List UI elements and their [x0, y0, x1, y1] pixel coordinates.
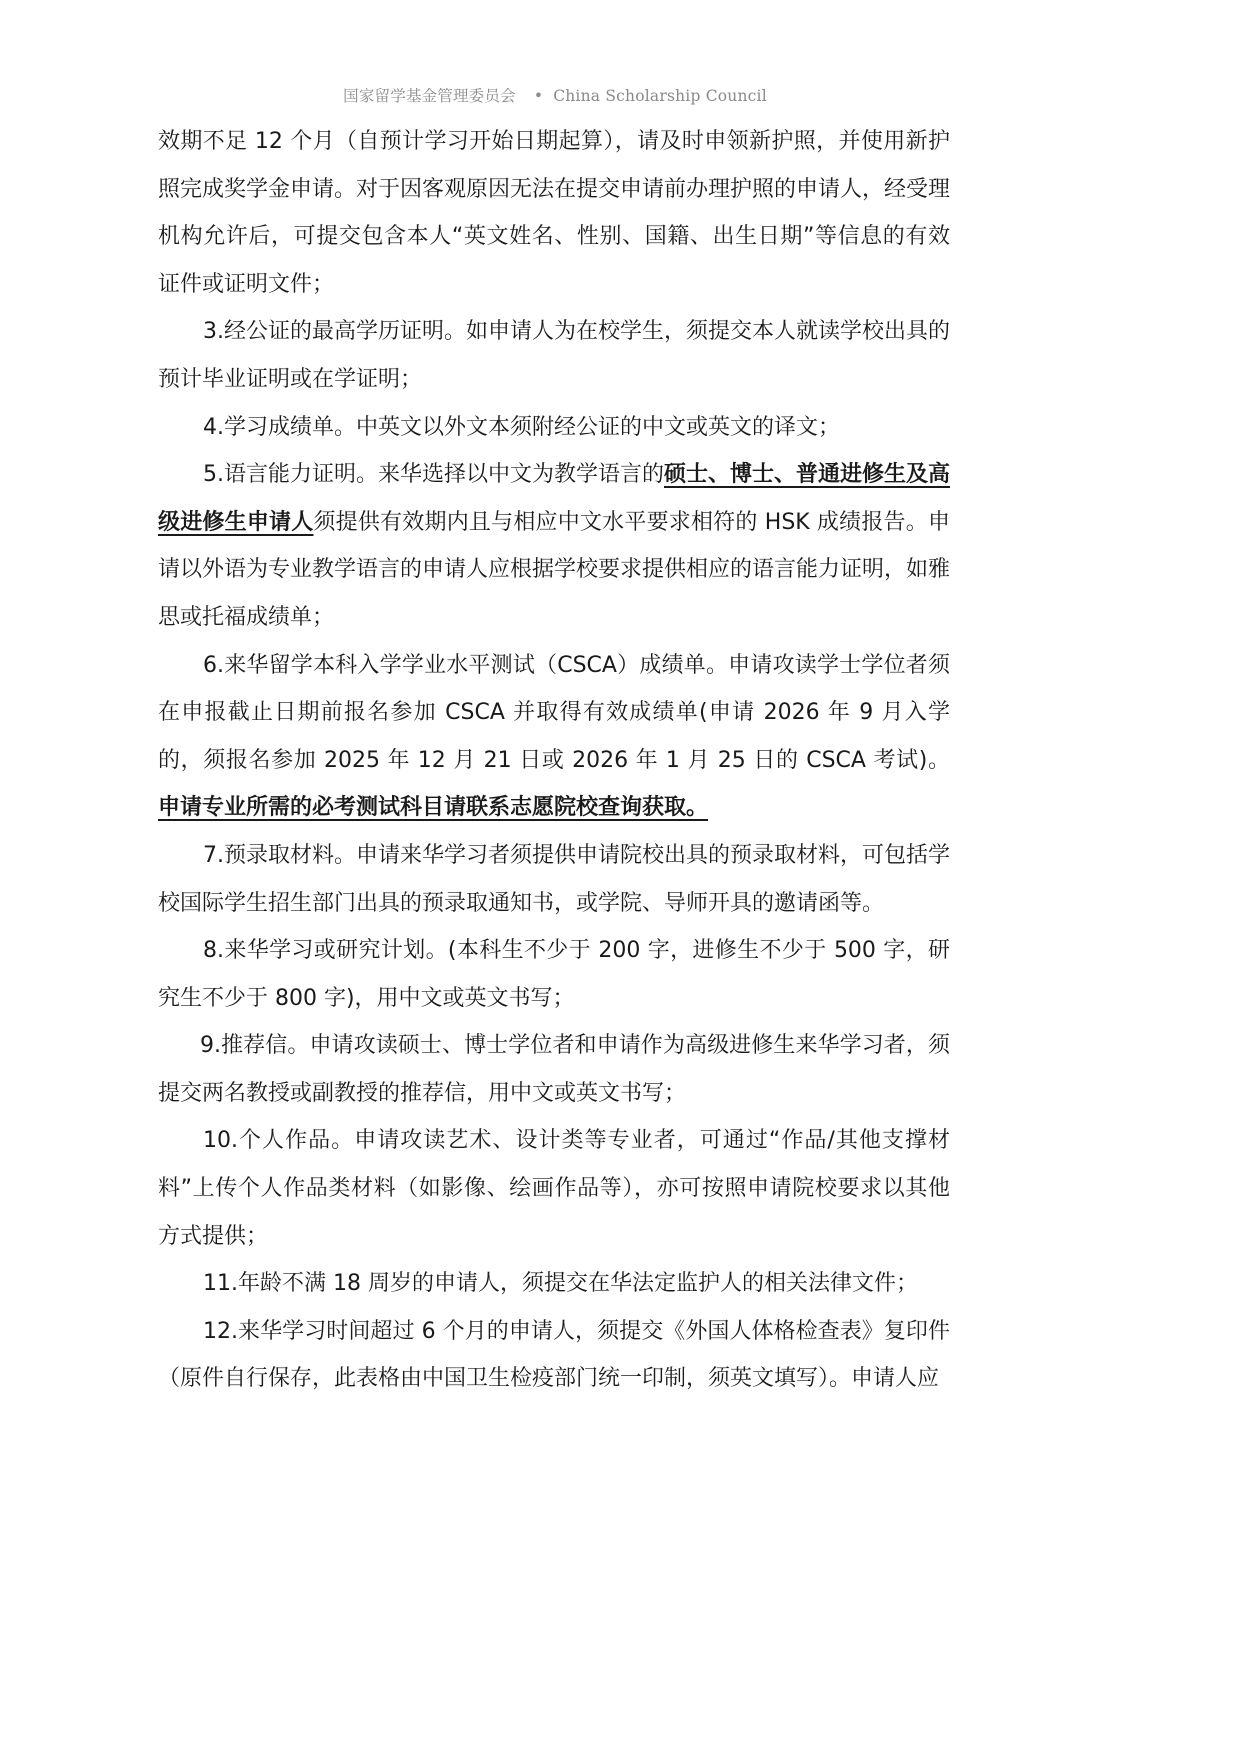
paragraph-item-7-pre-admission: 7.预录取材料。申请来华学习者须提供申请院校出具的预录取材料，可包括学校国际学生… — [158, 832, 950, 927]
text-segment: 4.学习成绩单。中英文以外文本须附经公证的中文或英文的译文； — [203, 415, 840, 440]
text-segment: 11.年龄不满 18 周岁的申请人，须提交在华法定监护人的相关法律文件； — [203, 1271, 918, 1296]
header-org-en: China Scholarship Council — [553, 87, 767, 105]
text-segment: 10.个人作品。申请攻读艺术、设计类等专业者，可通过“作品/其他支撑材料”上传个… — [158, 1128, 950, 1248]
paragraph-item-3-degree-certificate: 3.经公证的最高学历证明。如申请人为在校学生，须提交本人就读学校出具的预计毕业证… — [158, 308, 950, 403]
paragraph-item-5-language-proof: 5.语言能力证明。来华选择以中文为教学语言的硕士、博士、普通进修生及高级进修生申… — [158, 451, 950, 641]
text-segment: 8.来华学习或研究计划。(本科生不少于 200 字，进修生不少于 500 字，研… — [158, 938, 950, 1011]
paragraph-passport-continued: 效期不足 12 个月（自预计学习开始日期起算），请及时申领新护照，并使用新护照完… — [158, 118, 950, 308]
paragraph-item-6-csca: 6.来华留学本科入学学业水平测试（CSCA）成绩单。申请攻读学士学位者须在申报截… — [158, 642, 950, 832]
document-body: 效期不足 12 个月（自预计学习开始日期起算），请及时申领新护照，并使用新护照完… — [158, 118, 950, 1403]
text-segment: 5.语言能力证明。来华选择以中文为教学语言的 — [203, 462, 664, 487]
text-segment: 效期不足 12 个月（自预计学习开始日期起算），请及时申领新护照，并使用新护照完… — [158, 129, 950, 297]
text-segment: 7.预录取材料。申请来华学习者须提供申请院校出具的预录取材料，可包括学校国际学生… — [158, 843, 950, 916]
paragraph-item-9-recommendation: 9.推荐信。申请攻读硕士、博士学位者和申请作为高级进修生来华学习者，须提交两名教… — [158, 1022, 950, 1117]
paragraph-item-11-guardian: 11.年龄不满 18 周岁的申请人，须提交在华法定监护人的相关法律文件； — [158, 1260, 950, 1308]
header-separator: • — [534, 87, 543, 105]
text-segment: 6.来华留学本科入学学业水平测试（CSCA）成绩单。申请攻读学士学位者须在申报截… — [158, 653, 950, 773]
header-org-cn: 国家留学基金管理委员会 — [343, 87, 516, 105]
emphasized-text: 申请专业所需的必考测试科目请联系志愿院校查询获取。 — [158, 795, 708, 820]
paragraph-item-10-portfolio: 10.个人作品。申请攻读艺术、设计类等专业者，可通过“作品/其他支撑材料”上传个… — [158, 1117, 950, 1260]
text-segment: 9.推荐信。申请攻读硕士、博士学位者和申请作为高级进修生来华学习者，须提交两名教… — [158, 1033, 950, 1106]
paragraph-item-8-study-plan: 8.来华学习或研究计划。(本科生不少于 200 字，进修生不少于 500 字，研… — [158, 927, 950, 1022]
page-header: 国家留学基金管理委员会•China Scholarship Council — [0, 84, 1110, 106]
paragraph-item-4-transcript: 4.学习成绩单。中英文以外文本须附经公证的中文或英文的译文； — [158, 404, 950, 452]
paragraph-item-12-health-exam: 12.来华学习时间超过 6 个月的申请人，须提交《外国人体格检查表》复印件（原件… — [158, 1308, 950, 1403]
text-segment: 12.来华学习时间超过 6 个月的申请人，须提交《外国人体格检查表》复印件（原件… — [158, 1319, 950, 1392]
text-segment: 3.经公证的最高学历证明。如申请人为在校学生，须提交本人就读学校出具的预计毕业证… — [158, 319, 950, 392]
